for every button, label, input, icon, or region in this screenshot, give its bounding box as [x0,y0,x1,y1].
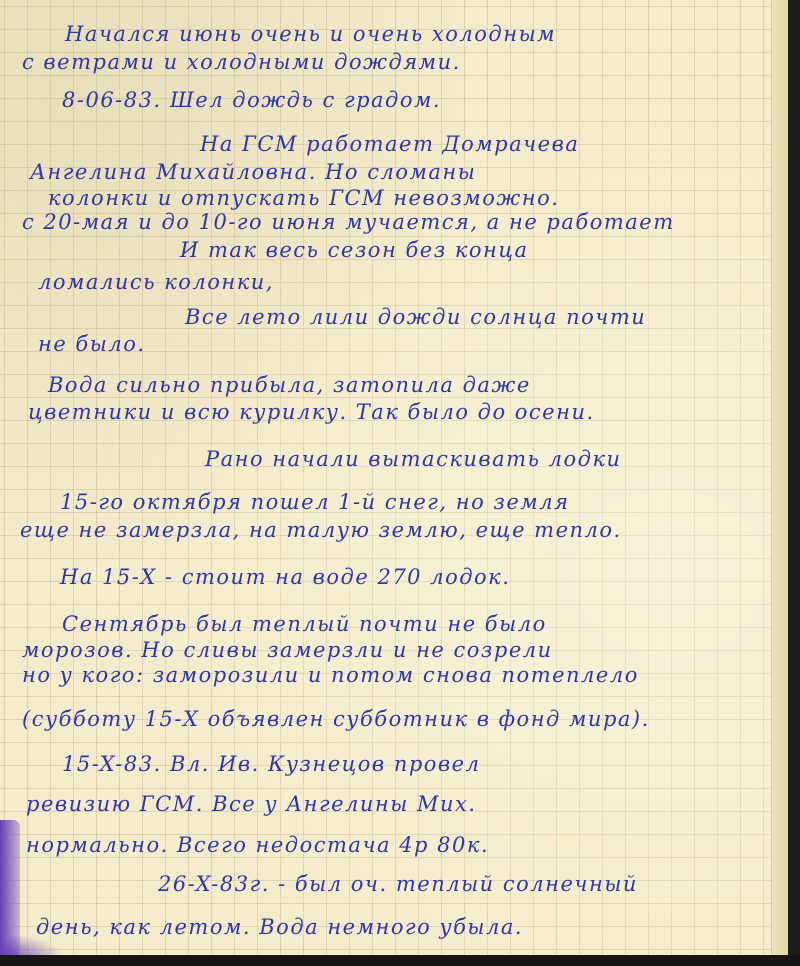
handwritten-line: На 15-X - стоит на воде 270 лодок. [60,565,510,589]
handwritten-line: колонки и отпускать ГСМ невозможно. [48,186,559,210]
handwritten-line: 26-X-83г. - был оч. теплый солнечный [158,872,638,896]
handwritten-line: с ветрами и холодными дождями. [22,50,461,74]
handwritten-line: Все лето лили дожди солнца почти [185,305,646,329]
notebook-page: Начался июнь очень и очень холоднымс вет… [0,0,788,955]
handwritten-line: не было. [38,332,146,356]
handwritten-line: цветники и всю курилку. Так было до осен… [28,400,595,424]
handwritten-line: морозов. Но сливы замерзли и не созрели [22,638,553,662]
handwritten-line: Рано начали вытаскивать лодки [205,447,622,471]
handwritten-line: Ангелина Михайловна. Но сломаны [30,160,476,184]
handwritten-line: 15-X-83. Вл. Ив. Кузнецов провел [62,752,480,776]
handwritten-line: И так весь сезон без конца [180,238,529,262]
handwritten-line: Начался июнь очень и очень холодным [65,22,556,46]
handwritten-line: Сентябрь был теплый почти не было [62,612,547,636]
handwritten-line: Вода сильно прибыла, затопила даже [48,373,531,397]
handwritten-line: ревизию ГСМ. Все у Ангелины Мих. [26,792,477,816]
ink-stain-corner [0,935,60,955]
handwritten-line: (субботу 15-X объявлен субботник в фонд … [22,707,650,731]
scan-background-strip [0,955,800,966]
handwritten-line: нормально. Всего недостача 4р 80к. [26,833,489,857]
handwritten-line: но у кого: заморозили и потом снова поте… [22,663,639,687]
page-edge [771,0,788,955]
handwritten-line: 8-06-83. Шел дождь с градом. [62,88,441,112]
handwritten-line: еще не замерзла, на талую землю, еще теп… [20,518,622,542]
handwritten-line: ломались колонки, [38,270,274,294]
handwritten-line: день, как летом. Вода немного убыла. [36,915,523,939]
handwritten-line: 15-го октября пошел 1-й снег, но земля [60,490,569,514]
handwritten-line: На ГСМ работает Домрачева [200,132,579,156]
handwritten-line: с 20-мая и до 10-го июня мучается, а не … [22,210,675,234]
